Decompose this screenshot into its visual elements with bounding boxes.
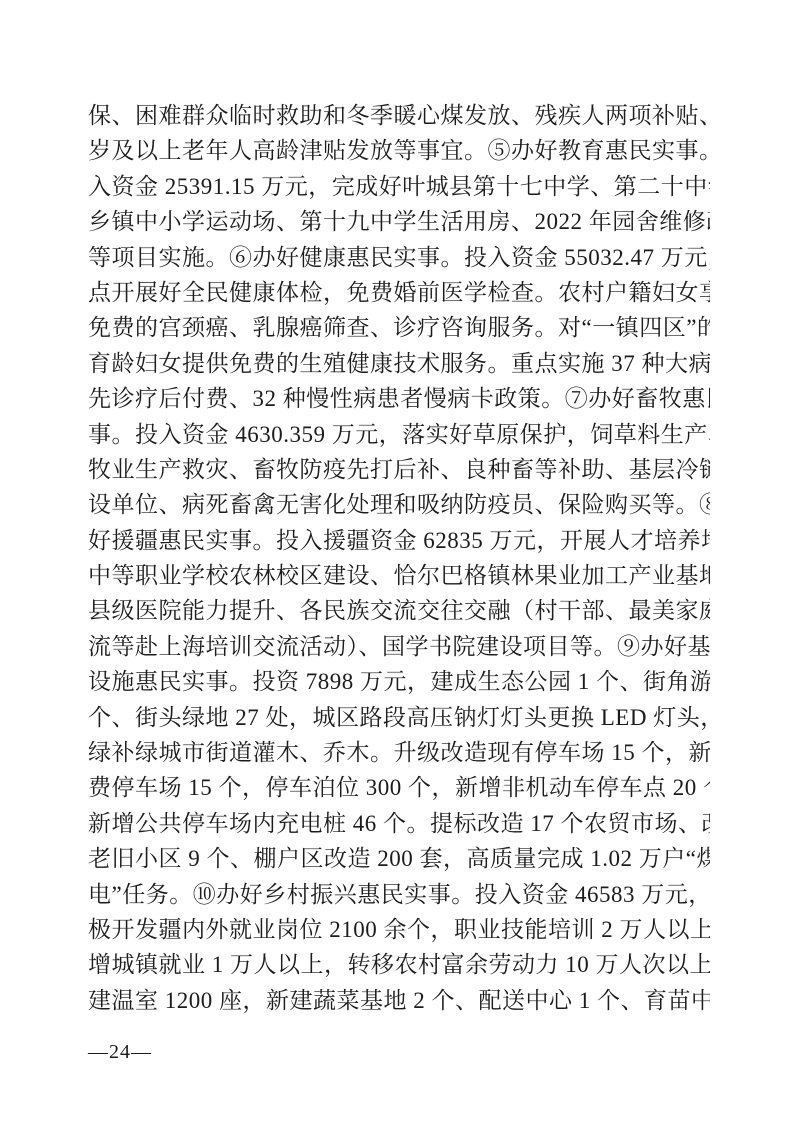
text-line: 牧业生产救灾、畜牧防疫先打后补、良种畜等补助、基层冷链建 <box>88 452 710 487</box>
text-line: 电”任务。⑩办好乡村振兴惠民实事。投入资金 46583 万元，积 <box>88 877 710 912</box>
text-line: 极开发疆内外就业岗位 2100 余个，职业技能培训 2 万人以上，新 <box>88 912 710 947</box>
text-line: 个、街头绿地 27 处，城区路段高压钠灯灯头更换 LED 灯头，植 <box>88 700 710 735</box>
text-line: 保、困难群众临时救助和冬季暖心煤发放、残疾人两项补贴、80 <box>88 98 710 133</box>
text-line: 建温室 1200 座，新建蔬菜基地 2 个、配送中心 1 个、育苗中心 1 <box>88 983 710 1018</box>
text-line: 绿补绿城市街道灌木、乔木。升级改造现有停车场 15 个，新增免 <box>88 735 710 770</box>
text-line: 老旧小区 9 个、棚户区改造 200 套，高质量完成 1.02 万户“煤改 <box>88 841 710 876</box>
text-line: 新增公共停车场内充电桩 46 个。提标改造 17 个农贸市场、改造 <box>88 806 710 841</box>
document-body-text: 保、困难群众临时救助和冬季暖心煤发放、残疾人两项补贴、80岁及以上老年人高龄津贴… <box>88 98 710 1018</box>
text-line: 设单位、病死畜禽无害化处理和吸纳防疫员、保险购买等。⑧办 <box>88 487 710 522</box>
text-line: 中等职业学校农林校区建设、恰尔巴格镇林果业加工产业基地、 <box>88 558 710 593</box>
text-line: 费停车场 15 个，停车泊位 300 个，新增非机动车停车点 20 个， <box>88 770 710 805</box>
text-line: 好援疆惠民实事。投入援疆资金 62835 万元，开展人才培养培训、 <box>88 523 710 558</box>
text-line: 增城镇就业 1 万人以上，转移农村富余劳动力 10 万人次以上。新 <box>88 947 710 982</box>
text-line: 育龄妇女提供免费的生殖健康技术服务。重点实施 37 种大病救治、 <box>88 346 710 381</box>
text-line: 入资金 25391.15 万元，完成好叶城县第十七中学、第二十中学、 <box>88 169 710 204</box>
text-line: 岁及以上老年人高龄津贴发放等事宜。⑤办好教育惠民实事。投 <box>88 133 710 168</box>
page-number: —24— <box>88 1040 152 1064</box>
text-line: 县级医院能力提升、各民族交流交往交融（村干部、最美家庭交 <box>88 593 710 628</box>
text-line: 等项目实施。⑥办好健康惠民实事。投入资金 55032.47 万元，重 <box>88 240 710 275</box>
text-line: 免费的宫颈癌、乳腺癌筛查、诊疗咨询服务。对“一镇四区”的 <box>88 310 710 345</box>
text-line: 流等赴上海培训交流活动）、国学书院建设项目等。⑨办好基础 <box>88 629 710 664</box>
text-line: 事。投入资金 4630.359 万元，落实好草原保护，饲草料生产、畜 <box>88 417 710 452</box>
text-line: 先诊疗后付费、32 种慢性病患者慢病卡政策。⑦办好畜牧惠民实 <box>88 381 710 416</box>
text-line: 乡镇中小学运动场、第十九中学生活用房、2022 年园舍维修改造 <box>88 204 710 239</box>
text-line: 设施惠民实事。投资 7898 万元，建成生态公园 1 个、街角游园 6 <box>88 664 710 699</box>
document-page: 保、困难群众临时救助和冬季暖心煤发放、残疾人两项补贴、80岁及以上老年人高龄津贴… <box>0 0 793 1122</box>
text-line: 点开展好全民健康体检，免费婚前医学检查。农村户籍妇女享受 <box>88 275 710 310</box>
